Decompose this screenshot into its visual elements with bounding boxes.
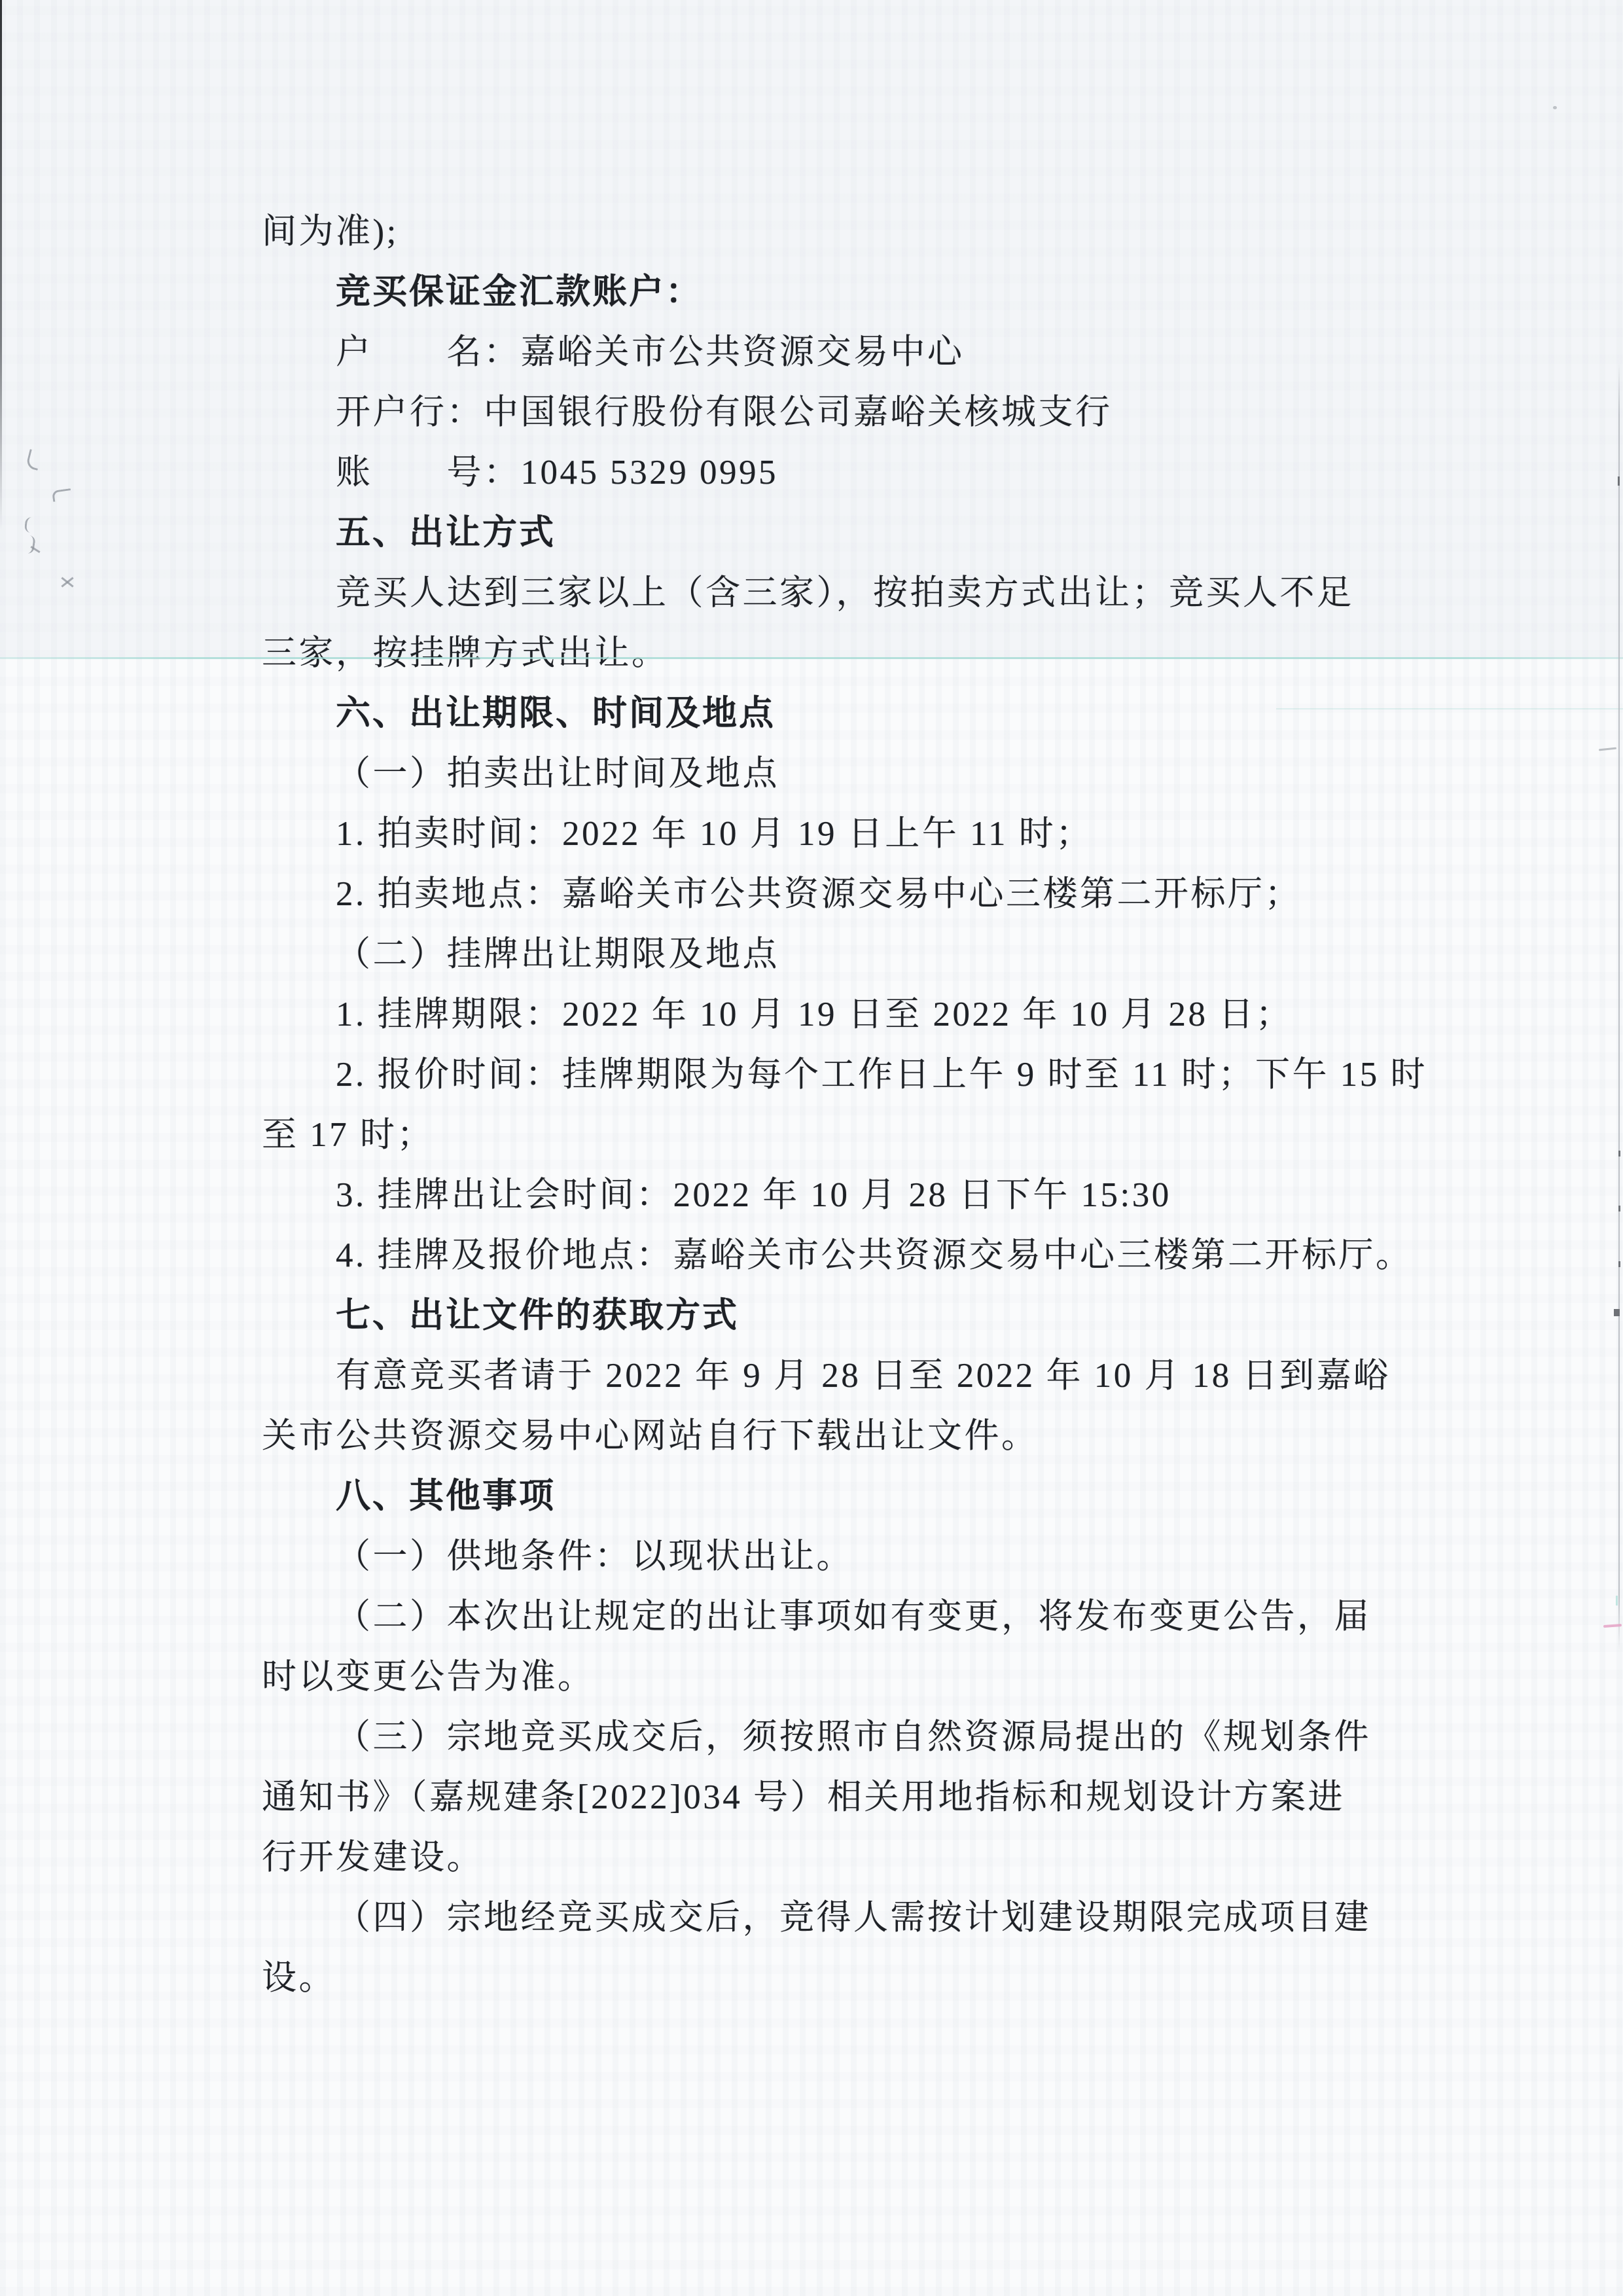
fold-line (0, 657, 1623, 659)
document-line: 4. 挂牌及报价地点：嘉峪关市公共资源交易中心三楼第二开标厅。 (262, 1225, 1414, 1285)
document-line: 有意竞买者请于 2022 年 9 月 28 日至 2022 年 10 月 18 … (262, 1346, 1414, 1406)
document-line: 时以变更公告为准。 (262, 1647, 1414, 1707)
document-line: 至 17 时； (262, 1105, 1414, 1165)
document-line: （三）宗地竞买成交后，须按照市自然资源局提出的《规划条件 (262, 1707, 1414, 1767)
scanner-edge-left (0, 0, 2, 530)
document-line: （二）本次出让规定的出让事项如有变更，将发布变更公告，届 (262, 1587, 1414, 1647)
document-line: 竞买保证金汇款账户： (262, 262, 1414, 322)
document-line: 关市公共资源交易中心网站自行下载出让文件。 (262, 1406, 1414, 1466)
document-line: 七、出让文件的获取方式 (262, 1285, 1414, 1346)
document-line: 通知书》（嘉规建条[2022]034 号）相关用地指标和规划设计方案进 (262, 1767, 1414, 1827)
fold-line-faint (1276, 708, 1623, 709)
document-line: 六、出让期限、时间及地点 (262, 683, 1414, 744)
pencil-mark (52, 488, 72, 502)
gray-dash-artifact (1599, 747, 1616, 751)
pencil-mark (24, 516, 35, 533)
document-line: （一）拍卖出让时间及地点 (262, 744, 1414, 804)
document-line: 开户行：中国银行股份有限公司嘉峪关核城支行 (262, 382, 1414, 442)
document-line: 3. 挂牌出让会时间：2022 年 10 月 28 日下午 15:30 (262, 1165, 1414, 1225)
document-line: 1. 挂牌期限：2022 年 10 月 19 日至 2022 年 10 月 28… (262, 984, 1414, 1045)
document-line: 竞买人达到三家以上（含三家），按拍卖方式出让；竞买人不足 (262, 563, 1414, 623)
scanner-edge-tick (1618, 476, 1620, 486)
document-text-block: 间为准);竞买保证金汇款账户：户 名：嘉峪关市公共资源交易中心开户行：中国银行股… (262, 202, 1414, 2008)
document-line: 八、其他事项 (262, 1466, 1414, 1526)
document-line: 1. 拍卖时间：2022 年 10 月 19 日上午 11 时； (262, 804, 1414, 864)
document-line: （一）供地条件：以现状出让。 (262, 1526, 1414, 1587)
scanner-edge-tick (1618, 1151, 1620, 1157)
document-line: 设。 (262, 1948, 1414, 2008)
document-line: 三家，按挂牌方式出让。 (262, 623, 1414, 683)
scanner-edge-tick (1618, 1261, 1620, 1267)
scanner-edge-tick (1618, 1206, 1620, 1211)
document-line: （二）挂牌出让期限及地点 (262, 924, 1414, 984)
pencil-mark (26, 449, 42, 471)
document-line: （四）宗地经竞买成交后，竞得人需按计划建设期限完成项目建 (262, 1888, 1414, 1948)
scanner-edge-right (1618, 363, 1620, 1649)
page: 间为准);竞买保证金汇款账户：户 名：嘉峪关市公共资源交易中心开户行：中国银行股… (0, 0, 1623, 2296)
pencil-mark (24, 535, 36, 554)
document-line: 2. 报价时间：挂牌期限为每个工作日上午 9 时至 11 时；下午 15 时 (262, 1045, 1414, 1105)
document-line: 行开发建设。 (262, 1827, 1414, 1888)
document-line: 间为准); (262, 202, 1414, 262)
scanner-edge-tick (1614, 1309, 1620, 1316)
document-line: 五、出让方式 (262, 503, 1414, 563)
cyan-tick-artifact (1616, 1596, 1618, 1605)
document-line: 账 号：1045 5329 0995 (262, 442, 1414, 503)
document-line: 户 名：嘉峪关市公共资源交易中心 (262, 322, 1414, 382)
speck-artifact (1553, 106, 1557, 109)
document-line: 2. 拍卖地点：嘉峪关市公共资源交易中心三楼第二开标厅； (262, 864, 1414, 924)
